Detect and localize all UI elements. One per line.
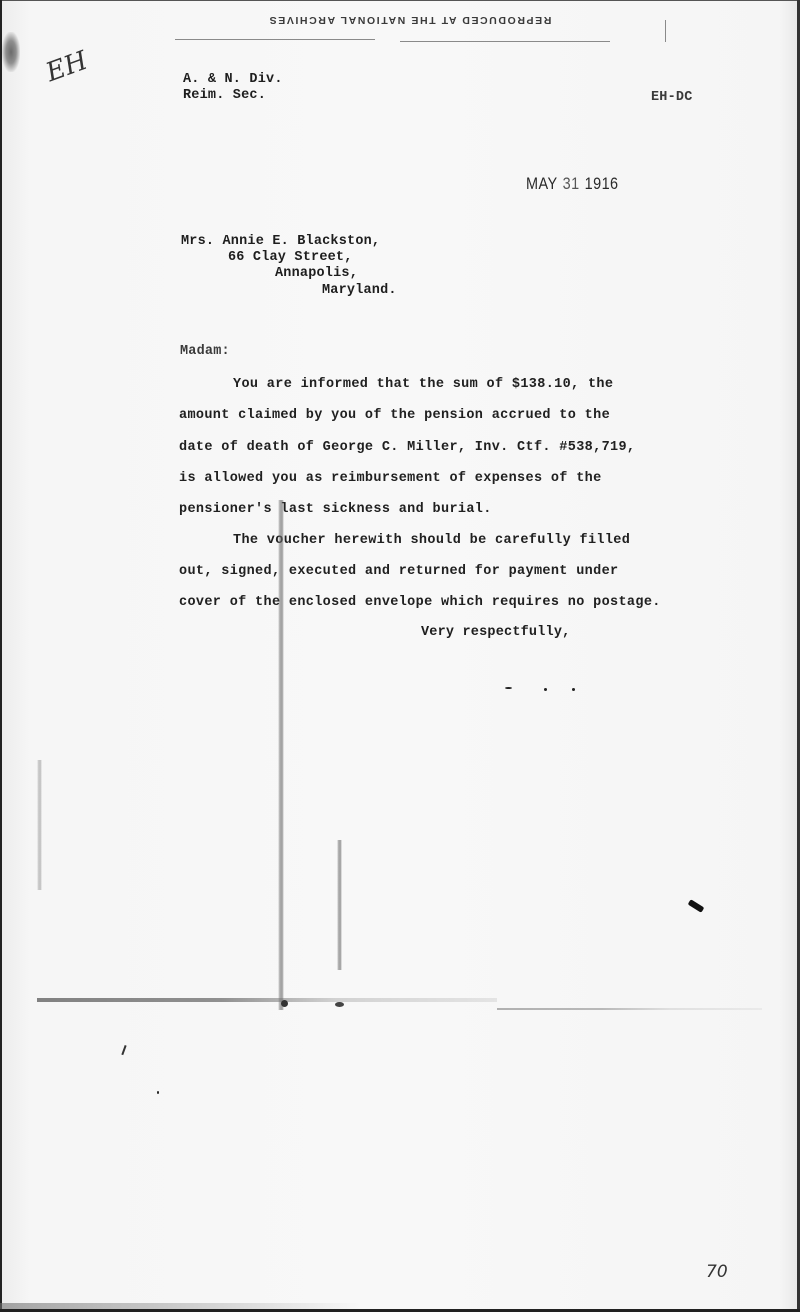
scan-smudge-bottom: [0, 1303, 360, 1309]
crease-spot: [281, 1000, 288, 1007]
fold-crease-horizontal: [37, 998, 497, 1002]
fold-crease-vertical: [337, 840, 342, 970]
signature-mark: [572, 688, 575, 691]
closing: Very respectfully,: [421, 625, 570, 640]
fold-crease-horizontal: [497, 1008, 762, 1010]
body-line: pensioner's last sickness and burial.: [179, 502, 492, 517]
division-line-2: Reim. Sec.: [183, 88, 266, 103]
addressee-name: Mrs. Annie E. Blackston,: [181, 234, 380, 249]
body-line: You are informed that the sum of $138.10…: [233, 377, 613, 392]
scan-edge-top: [0, 0, 800, 1]
addressee-state: Maryland.: [322, 283, 397, 298]
stamp-rule: [400, 41, 610, 42]
body-line: out, signed, executed and returned for p…: [179, 564, 618, 579]
fold-crease-vertical: [37, 760, 42, 890]
date-year: 1916: [585, 174, 619, 193]
signature-mark: [505, 687, 512, 689]
date-day: 31: [563, 174, 580, 193]
stamp-rule: [175, 39, 375, 40]
division-line-1: A. & N. Div.: [183, 72, 283, 87]
body-line: cover of the enclosed envelope which req…: [179, 595, 661, 610]
body-line: amount claimed by you of the pension acc…: [179, 408, 610, 423]
addressee-city: Annapolis,: [275, 266, 358, 281]
page-number: 70: [706, 1262, 728, 1282]
scan-edge-left: [0, 0, 2, 1312]
crease-spot: [335, 1002, 344, 1007]
addressee-street: 66 Clay Street,: [228, 250, 353, 265]
ink-speck: [157, 1091, 159, 1094]
date-stamp: MAY311916: [526, 174, 619, 194]
body-line: is allowed you as reimbursement of expen…: [179, 471, 602, 486]
ink-mark: [688, 899, 705, 913]
fold-crease-vertical: [278, 500, 284, 1010]
archive-stamp: REPRODUCED AT THE NATIONAL ARCHIVES: [268, 14, 551, 26]
body-line: date of death of George C. Miller, Inv. …: [179, 440, 635, 455]
scan-smudge-top-left: [2, 32, 20, 72]
signature-mark: [544, 688, 547, 691]
ink-mark: [121, 1045, 126, 1055]
document-page: REPRODUCED AT THE NATIONAL ARCHIVES EH A…: [0, 0, 800, 1312]
body-line: The voucher herewith should be carefully…: [233, 533, 630, 548]
reference-code: EH-DC: [651, 90, 693, 105]
salutation: Madam:: [180, 344, 230, 359]
date-month: MAY: [526, 174, 558, 193]
handwritten-initials: EH: [42, 46, 91, 88]
stamp-rule: [665, 20, 666, 42]
